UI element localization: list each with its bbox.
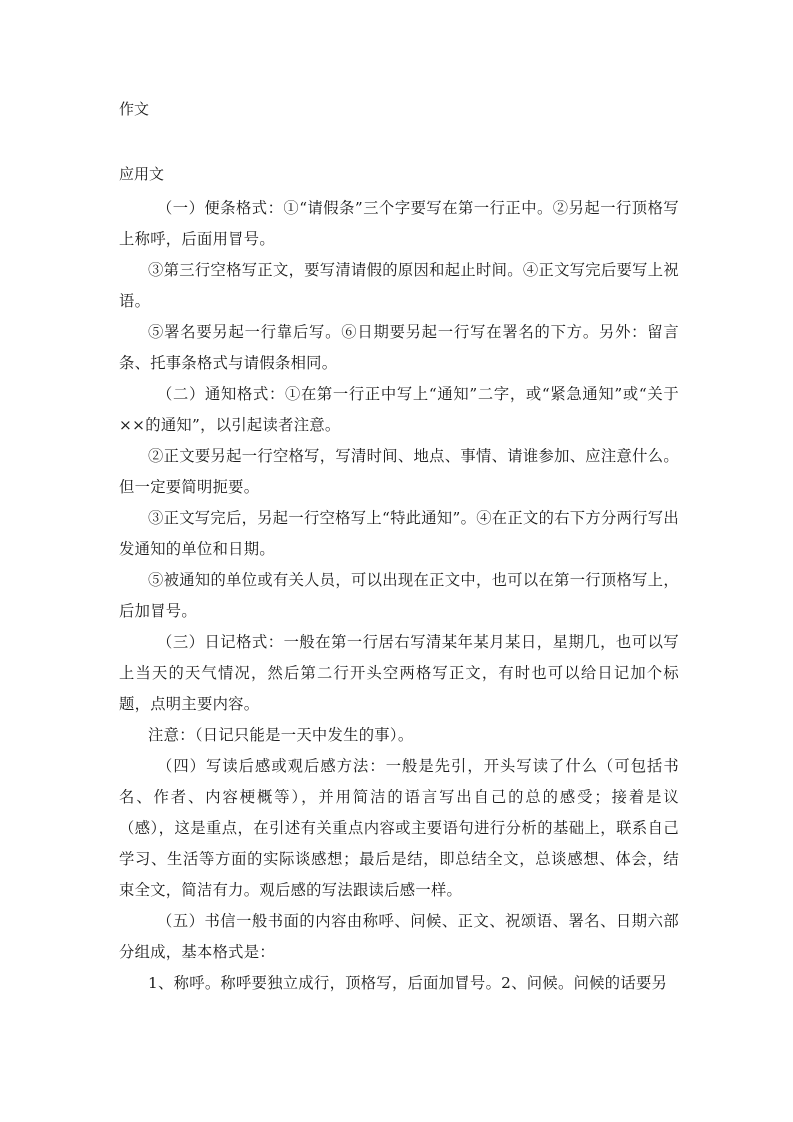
paragraph-note-format: （一）便条格式：①“请假条”三个字要写在第一行正中。②另起一行顶格写上称呼，后面… [119,193,679,255]
paragraph-notice-body: ②正文要另起一行空格写，写清时间、地点、事情、请谁参加、应注意什么。但一定要简明… [119,441,679,503]
paragraph-reflection-method: （四）写读后感或观后感方法：一般是先引，开头写读了什么（可包括书名、作者、内容梗… [119,751,679,906]
paragraph-note-body: ③第三行空格写正文，要写清请假的原因和起止时间。④正文写完后要写上祝语。 [119,255,679,317]
paragraph-diary-format: （三）日记格式：一般在第一行居右写清某年某月某日，星期几，也可以写上当天的天气情… [119,627,679,720]
section-heading: 应用文 [119,164,164,184]
paragraph-notice-recipients: ⑤被通知的单位或有关人员，可以出现在正文中，也可以在第一行顶格写上，后加冒号。 [119,565,679,627]
paragraph-letter-parts: 1、称呼。称呼要独立成行，顶格写，后面加冒号。2、问候。问候的话要另 [119,968,679,999]
paragraph-letter-format: （五）书信一般书面的内容由称呼、问候、正文、祝颂语、署名、日期六部分组成，基本格… [119,906,679,968]
paragraph-notice-format: （二）通知格式：①在第一行正中写上“通知”二字，或“紧急通知”或“关于××的通知… [119,379,679,441]
paragraph-note-signature: ⑤署名要另起一行靠后写。⑥日期要另起一行写在署名的下方。另外：留言条、托事条格式… [119,317,679,379]
document-body: （一）便条格式：①“请假条”三个字要写在第一行正中。②另起一行顶格写上称呼，后面… [119,193,679,999]
paragraph-diary-note: 注意：（日记只能是一天中发生的事）。 [119,720,679,751]
paragraph-notice-closing: ③正文写完后，另起一行空格写上“特此通知”。④在正文的右下方分两行写出发通知的单… [119,503,679,565]
document-title: 作文 [119,99,149,119]
